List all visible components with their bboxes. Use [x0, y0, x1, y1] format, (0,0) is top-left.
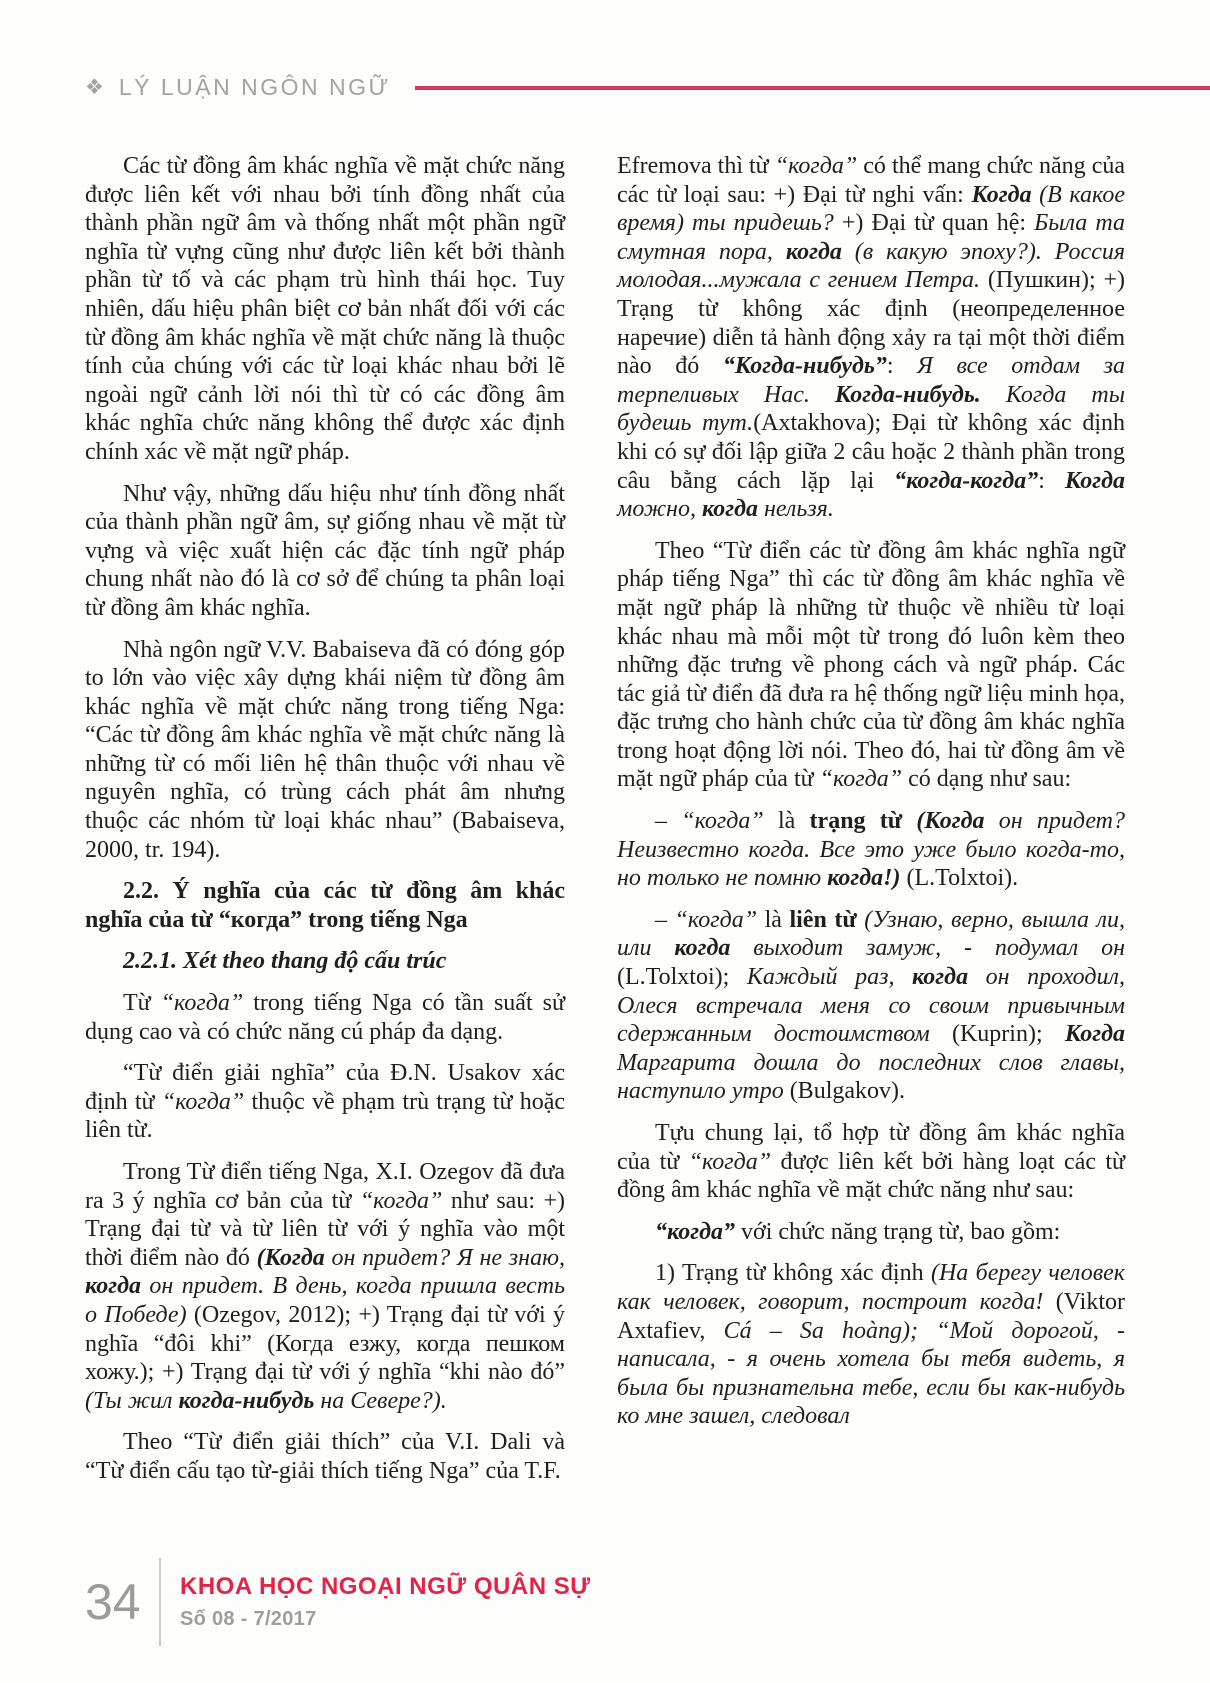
paragraph: Nhà ngôn ngữ V.V. Babaiseva đã có đóng g… — [85, 636, 565, 865]
journal-page: ❖ LÝ LUẬN NGÔN NGỮ Các từ đồng âm khác n… — [0, 0, 1210, 1683]
left-column: Các từ đồng âm khác nghĩa về mặt chức nă… — [85, 152, 565, 1499]
paragraph: Như vậy, những dấu hiệu như tính đồng nh… — [85, 480, 565, 623]
paragraph: Theo “Từ điển các từ đồng âm khác nghĩa … — [617, 537, 1125, 794]
paragraph: 1) Trạng từ không xác định (На берегу че… — [617, 1259, 1125, 1431]
paragraph: Efremova thì từ “когда” có thể mang chức… — [617, 152, 1125, 524]
page-footer: 34 KHOA HỌC NGOẠI NGỮ QUÂN SỰ Số 08 - 7/… — [85, 1558, 591, 1646]
section-title: LÝ LUẬN NGÔN NGỮ — [119, 74, 391, 101]
right-column: Efremova thì từ “когда” có thể mang chức… — [617, 152, 1125, 1499]
paragraph: Các từ đồng âm khác nghĩa về mặt chức nă… — [85, 152, 565, 467]
issue-info: Số 08 - 7/2017 — [180, 1608, 591, 1631]
page-header: ❖ LÝ LUẬN NGÔN NGỮ — [85, 74, 1210, 101]
paragraph: Theo “Từ điển giải thích” của V.I. Dali … — [85, 1428, 565, 1485]
header-rule — [415, 86, 1210, 90]
subsection-heading: 2.2.1. Xét theo thang độ cấu trúc — [85, 947, 565, 976]
footer-divider — [159, 1558, 161, 1646]
journal-title: KHOA HỌC NGOẠI NGỮ QUÂN SỰ — [180, 1573, 591, 1601]
article-body: Các từ đồng âm khác nghĩa về mặt chức nă… — [85, 152, 1125, 1499]
paragraph: “когда” với chức năng trạng từ, bao gồm: — [617, 1218, 1125, 1247]
paragraph: – “когда” là liên từ (Узнаю, верно, вышл… — [617, 906, 1125, 1106]
section-heading: 2.2. Ý nghĩa của các từ đồng âm khác ngh… — [85, 877, 565, 934]
page-number: 34 — [85, 1577, 141, 1627]
paragraph: Từ “когда” trong tiếng Nga có tần suất s… — [85, 989, 565, 1046]
section-diamond-icon: ❖ — [85, 77, 104, 98]
paragraph: Trong Từ điển tiếng Nga, X.I. Ozegov đã … — [85, 1158, 565, 1415]
paragraph: – “когда” là trạng từ (Когда он придет? … — [617, 807, 1125, 893]
journal-info: KHOA HỌC NGOẠI NGỮ QUÂN SỰ Số 08 - 7/201… — [180, 1573, 591, 1631]
paragraph: Tựu chung lại, tổ hợp từ đồng âm khác ng… — [617, 1119, 1125, 1205]
paragraph: “Từ điển giải nghĩa” của Đ.N. Usakov xác… — [85, 1059, 565, 1145]
